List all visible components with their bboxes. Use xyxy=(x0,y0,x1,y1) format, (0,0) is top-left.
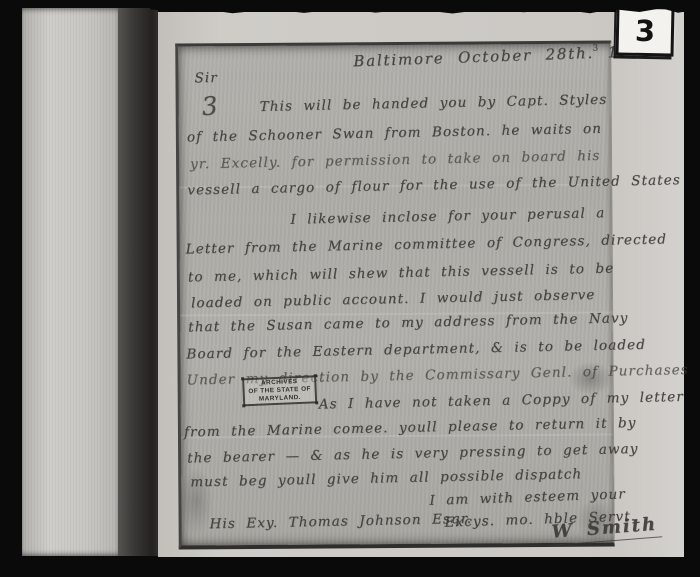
frame-number: 3 xyxy=(635,14,656,48)
archives-stamp: ARCHIVES OF THE STATE OF MARYLAND. xyxy=(242,375,317,406)
film-dark-band xyxy=(118,8,158,556)
stamp-corner-mark xyxy=(242,404,245,407)
body-line: Letter from the Marine committee of Cong… xyxy=(186,231,668,257)
letter-dateline: Baltimore October 28th. 1778 xyxy=(353,42,653,70)
body-line: of the Schooner Swan from Boston. he wai… xyxy=(187,121,602,146)
body-line: must beg youll give him all possible dis… xyxy=(190,466,582,490)
body-line: vessell a cargo of flour for the use of … xyxy=(187,172,681,198)
microfilm-scan: { "frame": { "frame_number": "3" }, "let… xyxy=(0,0,700,577)
body-line: I likewise inclose for your perusal a xyxy=(290,205,605,228)
body-line: Board for the Eastern department, & is t… xyxy=(186,337,646,363)
letter-salutation: Sir xyxy=(194,70,218,86)
body-line: loaded on public account. I would just o… xyxy=(191,287,596,311)
stamp-corner-mark xyxy=(315,401,318,404)
body-line: to me, which will shew that this vessell… xyxy=(188,261,615,286)
frame-number-card: 3 xyxy=(615,5,674,56)
body-line: the bearer — & as he is very pressing to… xyxy=(187,441,639,466)
film-edge-strip xyxy=(22,8,118,556)
page-number-small: 3 xyxy=(592,43,599,53)
body-line: This will be handed you by Capt. Styles xyxy=(260,92,608,115)
page-number-large: 3 xyxy=(200,91,220,121)
stamp-corner-mark xyxy=(314,374,317,377)
film-tear-edge-bottom xyxy=(150,554,700,577)
stamp-corner-mark xyxy=(241,377,244,380)
stamp-text-line: MARYLAND. xyxy=(259,394,301,404)
addressee-line: His Exy. Thomas Johnson Esqr. xyxy=(209,511,472,532)
body-line: yr. Excelly. for permission to take on b… xyxy=(190,148,601,173)
letter-page: Baltimore October 28th. 1778 3 Sir 3 Thi… xyxy=(175,40,615,549)
